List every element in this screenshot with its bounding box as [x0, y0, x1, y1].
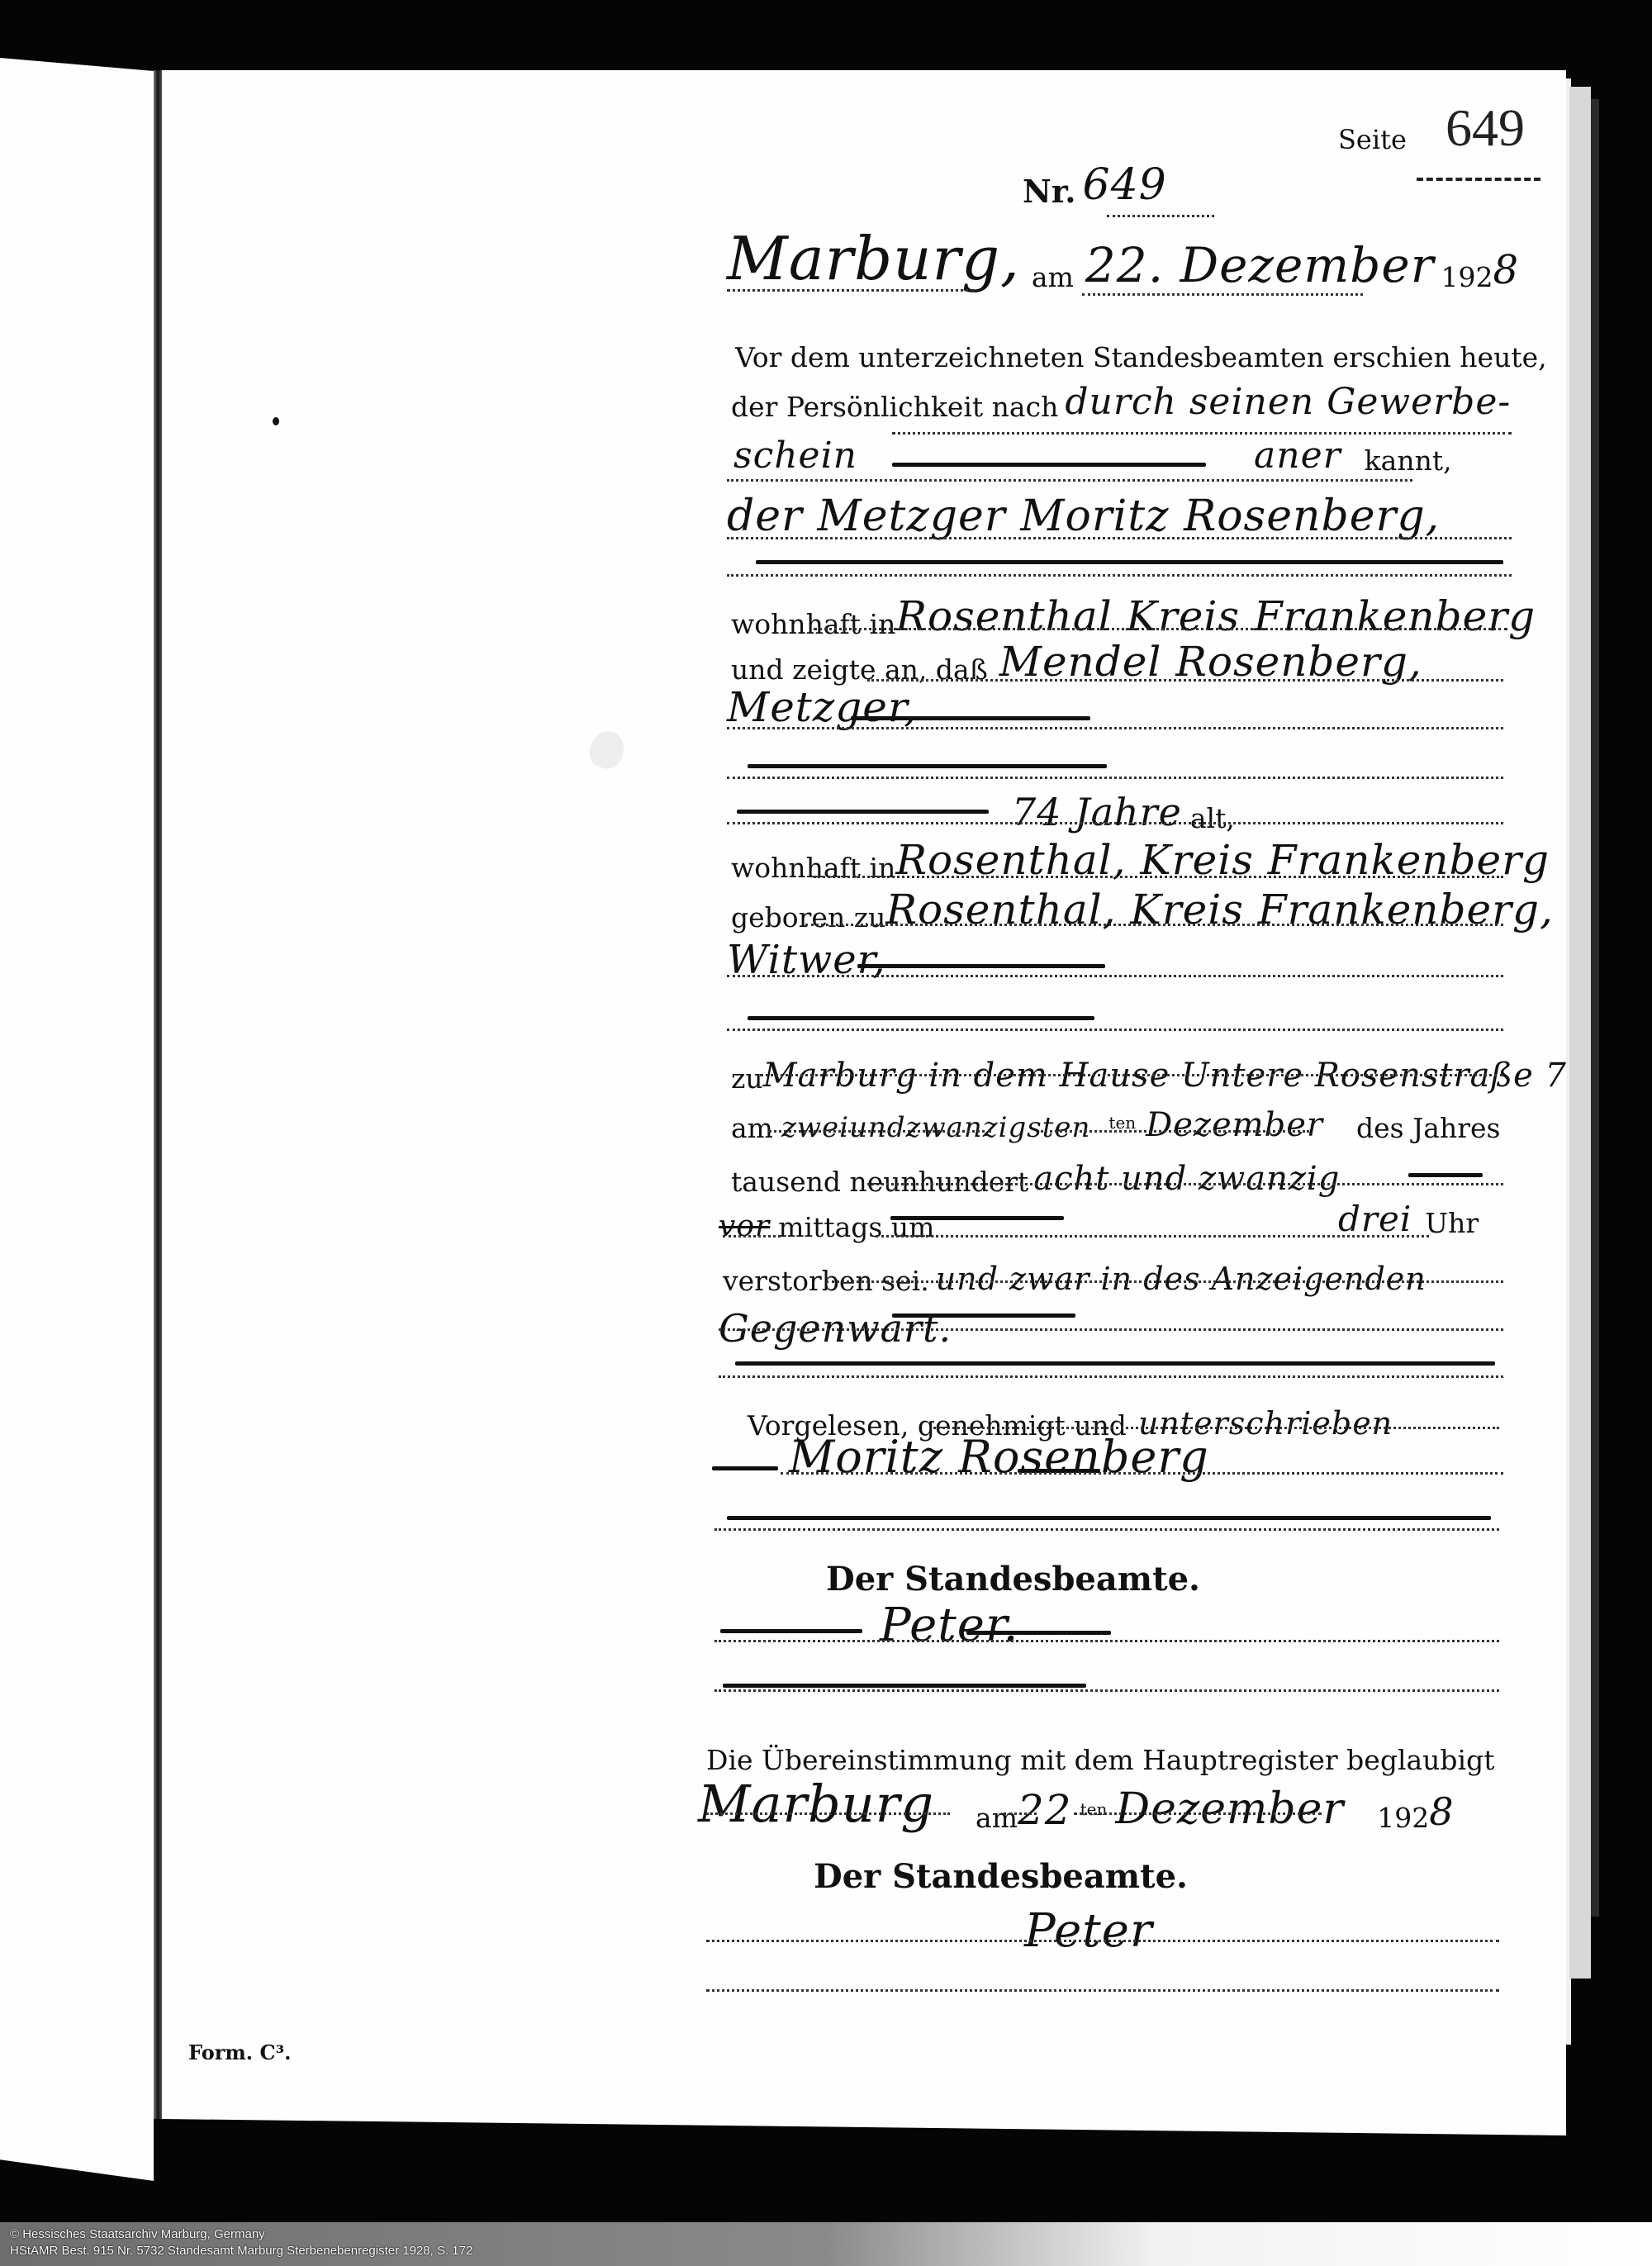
- certification-month: Dezember: [1115, 1784, 1377, 1834]
- dotted-rule: [1041, 1130, 1309, 1133]
- certification-day: 22: [1018, 1786, 1072, 1834]
- ink-spot: [273, 417, 279, 425]
- age-value: 74 Jahre: [1012, 790, 1182, 834]
- blank-bar: [892, 1314, 1075, 1318]
- death-date-line: am zweiundzwanzigsten ten Dezember des J…: [731, 1099, 1500, 1144]
- page-edge: [1569, 87, 1591, 1979]
- blank-bar: [727, 1516, 1491, 1520]
- dotted-rule: [723, 1235, 781, 1238]
- dotted-rule: [727, 1028, 1503, 1031]
- presence-note: und zwar in des Anzeigenden: [929, 1261, 1427, 1297]
- intro-line: Vor dem unterzeichneten Standesbeamten e…: [735, 339, 1547, 373]
- death-place-label: zu: [731, 1062, 763, 1095]
- dotted-rule: [781, 1472, 1503, 1475]
- blank-bar: [890, 1216, 1064, 1220]
- dotted-rule: [1107, 215, 1214, 217]
- certification-year-handwritten: 8: [1429, 1789, 1454, 1834]
- certification-signature: Peter: [1024, 1904, 1153, 1958]
- blank-bar: [966, 1631, 1111, 1635]
- page-number: 649: [1445, 97, 1525, 159]
- deceased-residence-label: wohnhaft in: [731, 852, 895, 884]
- certification-year-printed: 192: [1377, 1802, 1429, 1834]
- blank-bar: [756, 560, 1503, 564]
- died-line: verstorben sei. und zwar in des Anzeigen…: [723, 1252, 1427, 1297]
- am-label: am: [1020, 261, 1085, 293]
- informant-residence: Rosenthal Kreis Frankenberg: [895, 592, 1536, 640]
- dotted-rule: [727, 479, 1412, 482]
- kannt-line: aner kannt,: [1247, 442, 1452, 477]
- dotted-rule: [714, 1689, 1499, 1692]
- dotted-rule: [1082, 293, 1363, 296]
- copyright-notice: © Hessisches Staatsarchiv Marburg, Germa…: [10, 2227, 265, 2241]
- informant-signature-line: Moritz Rosenberg: [789, 1429, 1209, 1483]
- blank-bar: [892, 463, 1206, 467]
- dotted-rule: [876, 1235, 1429, 1238]
- blank-bar: [720, 1629, 862, 1633]
- informant-name: der Metzger Moritz Rosenberg,: [727, 492, 1440, 541]
- thousand-label: tausend neunhundert: [731, 1166, 1028, 1198]
- certification-text: Die Übereinstimmung mit dem Hauptregiste…: [706, 1744, 1495, 1776]
- certification-am-label: am: [976, 1802, 1018, 1834]
- death-year-words: acht und zwanzig: [1028, 1160, 1340, 1198]
- death-place-line: zu Marburg in dem Hause Untere Rosenstra…: [731, 1045, 1567, 1095]
- hour-value: drei: [1338, 1199, 1425, 1239]
- book-gutter: [154, 70, 162, 2119]
- year-printed: 192: [1434, 261, 1493, 293]
- blank-bar: [712, 1466, 778, 1470]
- certification-registrar-title: Der Standesbeamte.: [814, 1857, 1188, 1896]
- page-number-underline: [1417, 161, 1540, 181]
- certification-place: Marburg: [698, 1774, 976, 1834]
- blank-bar: [857, 964, 1105, 968]
- blank-bar: [851, 716, 1090, 720]
- certification-registrar-line: Der Standesbeamte.: [814, 1850, 1188, 1896]
- form-code: Form. C³.: [188, 2040, 291, 2064]
- year-label: des Jahres: [1356, 1112, 1500, 1144]
- dotted-rule: [714, 1528, 1499, 1531]
- death-day-label: am: [731, 1112, 773, 1144]
- archive-footer: © Hessisches Staatsarchiv Marburg, Germa…: [0, 2222, 1652, 2266]
- dotted-rule: [706, 1940, 1499, 1942]
- dotted-rule: [706, 1812, 950, 1815]
- birthplace-line: geboren zu Rosenthal, Kreis Frankenberg,: [731, 884, 1554, 933]
- age-label: alt,: [1182, 802, 1235, 834]
- record-number-line: Nr. 649: [1023, 175, 1174, 210]
- page-edge: [1591, 99, 1599, 1917]
- identity-value: durch seinen Gewerbe-: [1058, 381, 1517, 423]
- dotted-rule: [727, 727, 1503, 729]
- record-place: Marburg,: [727, 224, 1020, 293]
- kannt-label: kannt,: [1348, 444, 1452, 477]
- blank-bar: [737, 810, 989, 814]
- dotted-rule: [826, 1280, 1503, 1283]
- record-number-label: Nr.: [1023, 173, 1076, 210]
- blank-bar: [735, 1361, 1495, 1366]
- reported-line: und zeigte an, daß Mendel Rosenberg,: [731, 636, 1422, 686]
- dotted-rule: [714, 1640, 1499, 1642]
- dotted-rule: [706, 1989, 1499, 1992]
- blank-bar: [748, 1016, 1094, 1020]
- informant-residence-line: wohnhaft in Rosenthal Kreis Frankenberg: [731, 591, 1536, 640]
- occupation-line: Metzger,: [727, 686, 918, 731]
- death-day: zweiundzwanzigsten: [773, 1111, 1099, 1144]
- dotted-rule: [719, 1375, 1503, 1378]
- record-date: 22. Dezember: [1085, 237, 1435, 293]
- left-page: [0, 58, 154, 2181]
- dotted-rule: [727, 777, 1503, 779]
- certification-ten-label: ten: [1072, 1799, 1116, 1834]
- ten-label: ten: [1099, 1113, 1146, 1144]
- presence-line-2: Gegenwart.: [719, 1301, 952, 1351]
- informant-line: der Metzger Moritz Rosenberg,: [727, 492, 1440, 541]
- dotted-rule: [867, 1183, 1503, 1185]
- am-pm-value: vor: [719, 1209, 778, 1243]
- dotted-rule: [727, 822, 1503, 824]
- dotted-rule: [1074, 1812, 1322, 1815]
- blank-bar: [1408, 1173, 1483, 1177]
- dotted-rule: [719, 1328, 1503, 1331]
- dotted-rule: [727, 975, 1503, 977]
- certification-line: Die Übereinstimmung mit dem Hauptregiste…: [706, 1735, 1495, 1776]
- certification-date-line: Marburg am 22 ten Dezember 192 8: [698, 1776, 1455, 1834]
- registrar-signature-line: Peter.: [880, 1599, 1018, 1652]
- dotted-rule: [760, 1074, 1503, 1076]
- dotted-rule: [1004, 1812, 1037, 1815]
- hour-line: drei Uhr: [1338, 1194, 1479, 1239]
- place-date-line: Marburg, am 22. Dezember 192 8: [727, 235, 1519, 293]
- identity-line-2: schein: [727, 442, 864, 477]
- dotted-rule: [814, 628, 1507, 630]
- dotted-rule: [805, 924, 1503, 926]
- dotted-rule: [814, 876, 1503, 878]
- death-year-line: tausend neunhundert acht und zwanzig: [731, 1152, 1340, 1198]
- dotted-rule: [768, 1130, 991, 1133]
- intro-text: Vor dem unterzeichneten Standesbeamten e…: [735, 341, 1547, 373]
- archive-citation: HStAMR Best. 915 Nr. 5732 Standesamt Mar…: [10, 2244, 472, 2258]
- registrar-title-line: Der Standesbeamte.: [826, 1553, 1200, 1599]
- record-number-value: 649: [1076, 160, 1174, 210]
- dotted-rule: [892, 432, 1512, 435]
- dotted-rule: [727, 289, 975, 292]
- death-month: Dezember: [1146, 1106, 1356, 1144]
- registrar-signature: Peter.: [880, 1599, 1018, 1652]
- dotted-rule: [867, 679, 1503, 682]
- blank-bar: [723, 1684, 1086, 1688]
- registrar-title: Der Standesbeamte.: [826, 1560, 1200, 1599]
- page-label: Seite: [1338, 124, 1407, 155]
- identity-value-3: aner: [1247, 435, 1348, 477]
- year-handwritten: 8: [1493, 247, 1519, 293]
- dotted-rule: [727, 574, 1512, 577]
- certification-signature-line: Peter: [1024, 1900, 1153, 1958]
- identity-value-2: schein: [727, 435, 864, 477]
- birthplace: Rosenthal, Kreis Frankenberg,: [885, 886, 1554, 933]
- age-line: 74 Jahre alt,: [1012, 789, 1235, 834]
- born-label: geboren zu: [731, 901, 885, 933]
- dotted-rule: [727, 537, 1512, 539]
- deceased-occupation: Metzger,: [727, 683, 918, 731]
- blank-bar: [748, 764, 1107, 768]
- uhr-label: Uhr: [1425, 1207, 1479, 1239]
- identity-label: der Persönlichkeit nach: [731, 391, 1058, 423]
- identity-line: der Persönlichkeit nach durch seinen Gew…: [731, 388, 1517, 423]
- informant-signature: Moritz Rosenberg: [789, 1431, 1209, 1483]
